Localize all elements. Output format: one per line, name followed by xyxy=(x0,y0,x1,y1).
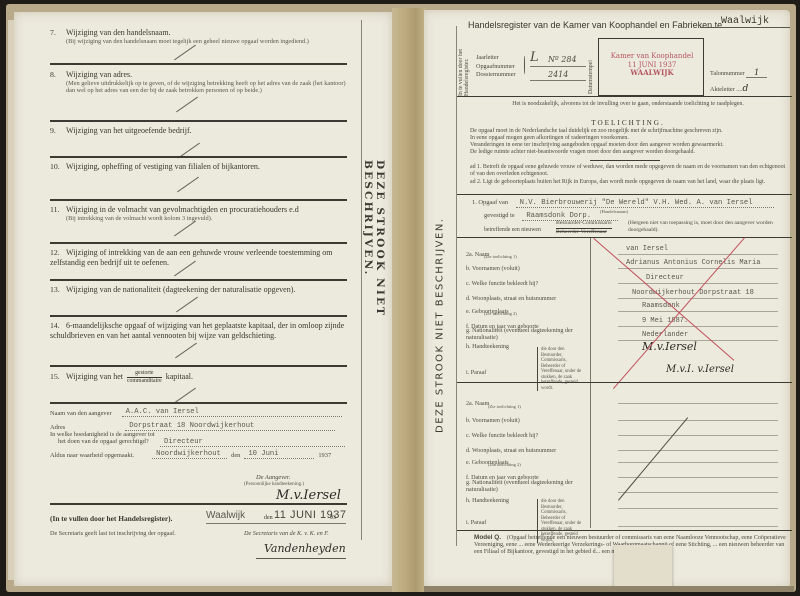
registry-side-note: In te vullen door het Handelsregister. xyxy=(458,30,474,96)
person1-row-nationality: g. Nationaliteit (eventueel dagteekening… xyxy=(466,338,788,339)
talonnummer-row: Talonnummer 1 xyxy=(710,68,767,77)
registry-date-line xyxy=(206,523,346,524)
person2-row-firstnames: b. Voornamen (voluit) xyxy=(466,418,788,419)
opgaaf-value-field[interactable]: N.V. Bierbrouwerij "De Wereld" V.H. Wed.… xyxy=(516,199,774,208)
made-at-row: Aldus naar waarheid opgemaakt. Noordwijk… xyxy=(50,450,350,459)
binder-spine xyxy=(392,8,426,592)
person1-birthplace-note: (Zie toelichting 2) xyxy=(484,311,517,316)
signature-note: die door den Bestuurder, Commissaris, Be… xyxy=(537,347,585,391)
declarant-signature: M.v.Iersel xyxy=(276,488,341,503)
made-date-field[interactable]: 10 Juni xyxy=(244,450,314,459)
opgaafnummer-value[interactable]: Nº 284 xyxy=(548,55,577,64)
person1-function-value[interactable]: Directeur xyxy=(646,274,684,282)
person2-row-paraaf: i. Paraaf xyxy=(466,528,788,529)
section-divider xyxy=(50,279,347,281)
registry-den-label: den xyxy=(264,515,273,521)
page-stack-edge xyxy=(424,586,794,592)
section-7: 7.Wijziging van den handelsnaam. (Bij wi… xyxy=(50,28,346,45)
person1-paraaf-value: M.v.I. v.Iersel xyxy=(666,364,734,375)
secretary-title: De Secretaris van de K. v. K. en F. xyxy=(244,530,329,537)
section-10: 10.Wijziging, opheffing of vestiging van… xyxy=(50,162,346,172)
number-line xyxy=(530,80,586,81)
registry-label: (In te vullen door het Handelsregister). xyxy=(50,514,173,523)
person1-row-residence: d. Woonplaats, straat en huisnummerNoord… xyxy=(466,296,788,297)
opgaaf-row: 1. Opgaaf van N.V. Bierbrouwerij "De Wer… xyxy=(472,199,774,208)
person1-name-value[interactable]: van Iersel xyxy=(626,245,668,253)
signer-title: De Aangever. xyxy=(256,474,290,481)
declarant-capacity-field[interactable]: Directeur xyxy=(160,438,345,447)
date-stamp: Kamer van Koophandel 11 JUNI 1937 WAALWI… xyxy=(600,52,704,78)
talonnummer-value[interactable]: 1 xyxy=(746,68,767,78)
person2-row-birthplace: e. Geboorteplaats xyxy=(466,460,788,461)
person1-row-name: 2a. Naamvan Iersel xyxy=(466,252,788,253)
person1-row-signature: h. HandteekeningM.v.Iersel xyxy=(466,352,788,353)
model-divider xyxy=(457,530,792,531)
person1-row-function: c. Welke functie bekleedt hij?Directeur xyxy=(466,281,788,282)
section-11: 11.Wijziging in de volmacht van gevolmac… xyxy=(50,205,346,222)
section-9: 9.Wijziging van het uitgeoefende bedrijf… xyxy=(50,126,346,136)
date-stamp-label: Datumstempel xyxy=(588,40,598,94)
person1-row-birthplace: e. GeboorteplaatsRaamsdonk xyxy=(466,309,788,310)
right-strip-divider xyxy=(456,26,457,546)
torn-paper-flap xyxy=(614,545,672,587)
section-divider xyxy=(50,63,347,65)
person1-row-paraaf: i. ParaafM.v.I. v.Iersel xyxy=(466,378,788,379)
note-ad2: ad 2. Ligt de geboorteplaats buiten het … xyxy=(470,179,788,186)
notes-divider xyxy=(457,194,792,195)
section-divider xyxy=(50,120,347,122)
number-line xyxy=(530,66,586,67)
registry-number-labels: Jaarletter Opgaafnummer Dossiernummer xyxy=(476,54,516,80)
register-header-city: Waalwijk xyxy=(700,16,790,28)
toelichting-title: TOELICHTING. xyxy=(470,119,786,127)
secretary-note: De Secretaris geeft last tot inschrijvin… xyxy=(50,530,176,537)
section-divider xyxy=(50,156,347,158)
header-divider xyxy=(457,96,792,97)
capital-type-fraction: gestortecommanditaire xyxy=(127,370,162,384)
signer-subtitle: (Persoonlijke handteekening.) xyxy=(244,482,304,487)
section-divider xyxy=(50,315,347,317)
person2-name-note: (Zie toelichting 1) xyxy=(488,404,521,409)
made-place-field[interactable]: Noordwijkerhout xyxy=(152,450,227,459)
akteletter-row: Akteletter ....d xyxy=(710,84,748,94)
toelichting-body: De opgaaf moet in de Nederlandsche taal … xyxy=(470,128,788,156)
section-8: 8.Wijziging van adres. (Men gelieve uitd… xyxy=(50,70,346,95)
person2-row-name: 2a. Naam xyxy=(466,401,788,402)
dossiernummer-value[interactable]: 2414 xyxy=(548,70,568,79)
section-divider xyxy=(50,402,347,404)
secretary-signature: Vandenheyden xyxy=(264,542,346,555)
person2-row-residence: d. Woonplaats, straat en huisnummer xyxy=(466,448,788,449)
left-strip-notice: DEZE STROOK NIET BESCHRIJVEN. xyxy=(360,160,388,420)
intro-text: Het is noodzakelijk, alvorens tot de inv… xyxy=(470,101,786,108)
section-divider xyxy=(50,503,347,505)
person1-nationality-value[interactable]: Nederlander xyxy=(642,331,688,339)
declarant-capacity-row: In welke hoedanigheid is de aangever tot… xyxy=(50,431,155,445)
jaarletter-value[interactable]: L xyxy=(530,50,539,65)
person1-row-birthdate: f. Datum en jaar van geboorte9 Mei 1887. xyxy=(466,324,788,325)
section-12: 12.Wijziging of intrekking van de aan ee… xyxy=(50,248,346,267)
section-divider xyxy=(50,365,347,367)
section-divider xyxy=(50,242,347,244)
note-ad1: ad 1. Betreft de opgaaf eene gehuwde vro… xyxy=(470,164,788,178)
role-note: (Hetgeen niet van toepassing is, moet do… xyxy=(628,220,788,235)
register-header-title: Handelsregister van de Kamer van Koophan… xyxy=(468,20,722,30)
declarant-address-row: Adres Dorpstraat 18 Noordwijkerhout xyxy=(50,422,335,431)
short-divider xyxy=(590,160,660,161)
person-divider xyxy=(457,382,792,383)
person2-row-function: c. Welke functie bekleedt hij? xyxy=(466,433,788,434)
registry-year-suffix: 93 xyxy=(330,515,336,521)
person2-row-signature: h. Handteekening xyxy=(466,506,788,507)
akteletter-value[interactable]: d xyxy=(742,84,748,94)
section-15: 15.Wijziging van het gestortecommanditai… xyxy=(50,370,346,384)
secretary-signature-line xyxy=(256,558,346,559)
person1-firstnames-value[interactable]: Adrianus Antonius Cornelis Maria xyxy=(626,259,760,267)
person2-birthplace-note: (Zie toelichting 2) xyxy=(488,462,521,467)
declarant-address-field[interactable]: Dorpstraat 18 Noordwijkerhout xyxy=(125,422,335,431)
section-13: 13.Wijziging van de nationaliteit (dagte… xyxy=(50,285,346,295)
person1-birthdate-value[interactable]: 9 Mei 1887. xyxy=(642,317,688,325)
role-options: Bestuurder-Commissaris Beheerder-Vereffe… xyxy=(556,220,612,236)
registry-place: Waalwijk xyxy=(206,510,245,521)
declarant-name-row: Naam van den aangever A.A.C. van Iersel xyxy=(50,408,342,417)
right-strip-notice: DEZE STROOK NIET BESCHRIJVEN. xyxy=(428,180,452,470)
declarant-name-field[interactable]: A.A.C. van Iersel xyxy=(122,408,342,417)
person1-name-note: (Zie toelichting 1) xyxy=(484,254,517,259)
section-divider xyxy=(50,199,347,201)
brace-icon xyxy=(524,56,526,74)
betreffende-label: betreffende een nieuwen xyxy=(484,227,541,233)
person2-row-birthdate: f. Datum en jaar van geboorte xyxy=(466,475,788,476)
section-14: 14.6-maandelijksche opgaaf of wijziging … xyxy=(50,321,346,340)
